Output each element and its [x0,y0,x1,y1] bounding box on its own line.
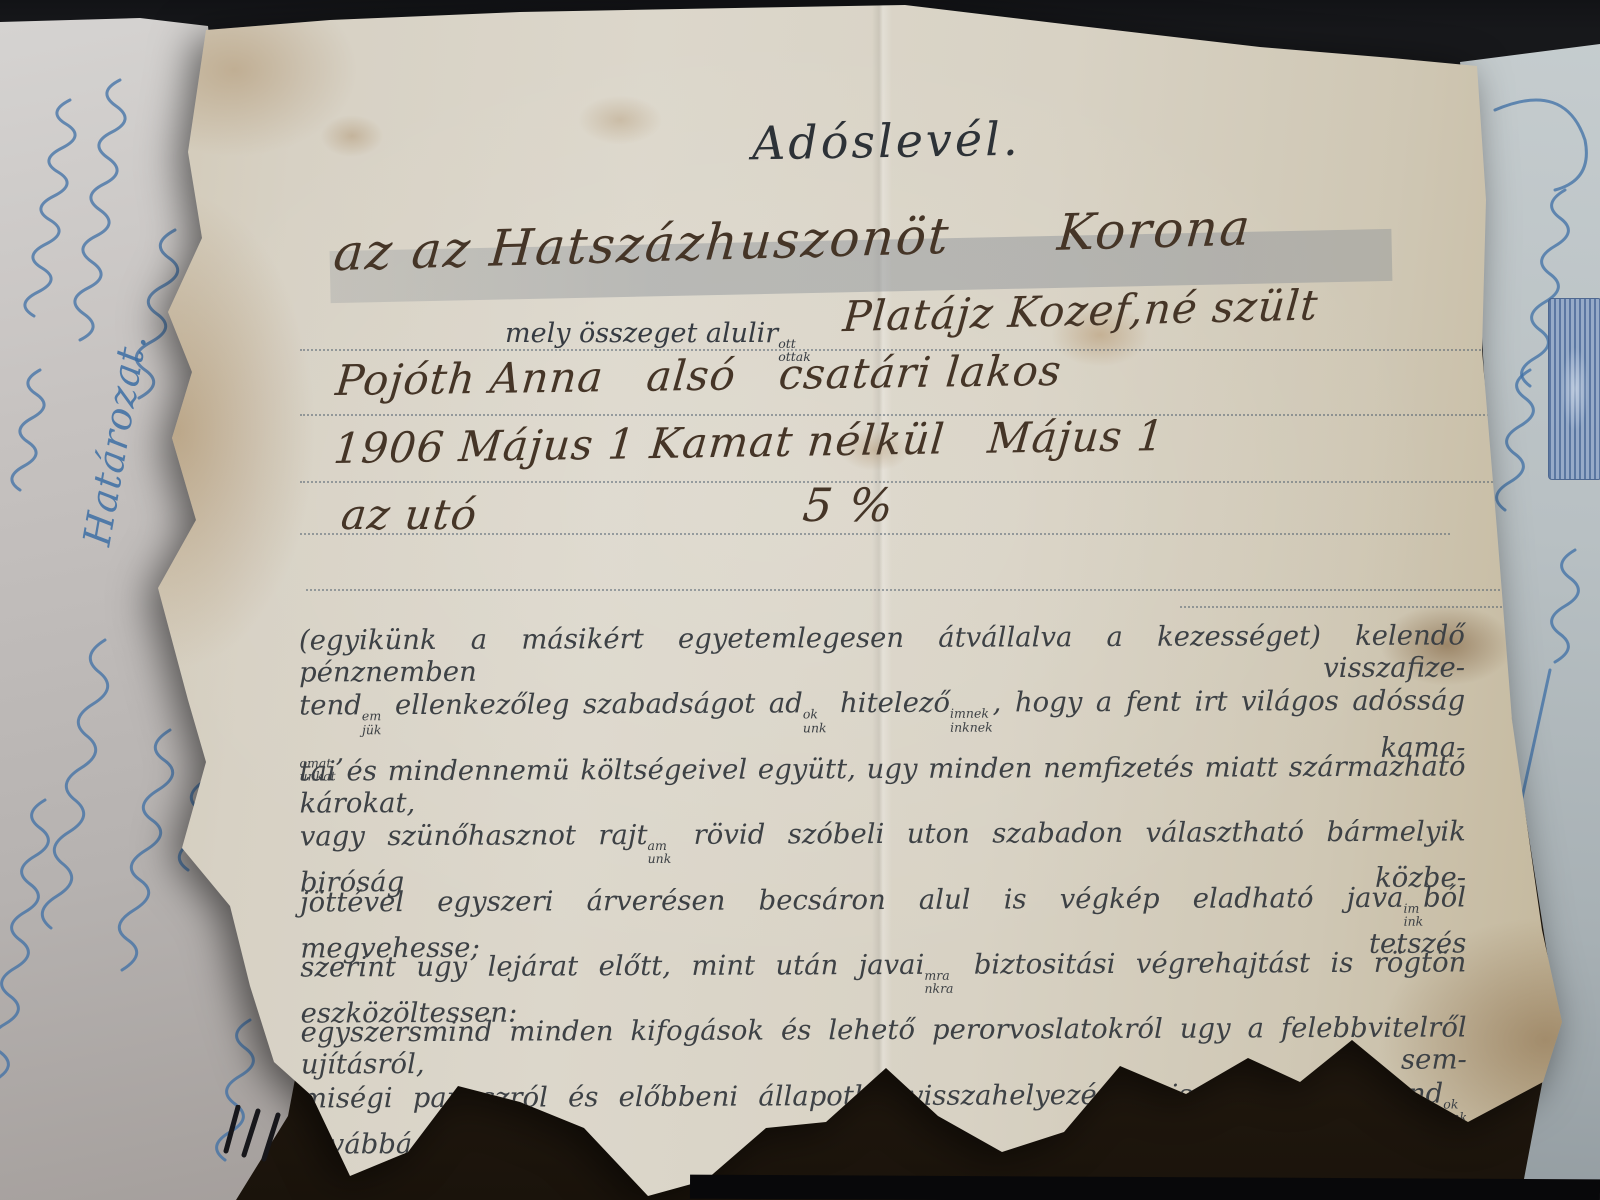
word-ending-options: okunk [1443,1097,1467,1123]
word-ending-options: mrankra [924,969,953,995]
dotted-rule [306,589,1500,591]
dotted-rule [300,414,1500,416]
dotted-rule [300,349,1545,351]
printed-paragraph-line: vagy szünőhasznot rajtamunk rövid szóbel… [300,816,1466,886]
handwritten-interest-prefix: az utó [339,490,480,539]
handwritten-debtor-name: Platájz Kozef,né szült [841,280,1320,341]
pen-slash-marks [222,1105,292,1165]
printed-paragraph-line: (egyikünk a másikért egyetemlegesen átvá… [299,619,1465,689]
printed-paragraph-line: tai és mindennemü költségeivel együtt, u… [299,750,1465,820]
word-ending-options: imnekinknek [950,707,993,733]
printed-paragraph: (egyikünk a másikért egyetemlegesen átvá… [299,619,1467,1147]
word-ending-options: imink [1403,901,1423,927]
dotted-rule [300,481,1545,483]
printed-label-text: mely összeget alulir [505,318,778,349]
handwritten-interest-rate: 5 % [800,478,896,532]
word-ending-options: amunk [648,839,672,865]
printed-paragraph-line: miségi panaszról és előbbeni állapotba v… [301,1077,1467,1147]
dotted-rule [300,533,1450,535]
document-content: Adóslevél. az az Hatszázhuszonöt Korona … [0,0,1600,1200]
dark-table-gap [690,1175,1600,1200]
word-ending-options: emjük [362,710,382,736]
handwritten-name-residence: Pojóth Anna alsó csatári lakos [334,346,1064,405]
handwritten-date-terms: 1906 Május 1 Kamat nélkül Május 1 [332,411,1167,473]
document-title: Adóslevél. [752,112,1021,171]
document-paper: Adóslevél. az az Hatszázhuszonöt Korona … [0,0,1600,1200]
printed-paragraph-line: szerint ugy lejárat előtt, mint után jav… [300,946,1466,1016]
printed-paragraph-line: egyszersmind minden kifogások és lehető … [301,1012,1467,1082]
dotted-rule [1180,606,1510,608]
main-document: Adóslevél. az az Hatszázhuszonöt Korona … [0,0,1600,1200]
word-ending-options: okunk [803,708,827,734]
printed-paragraph-line: tendemjük ellenkezőleg szabadságot adoku… [299,685,1465,755]
photograph-of-document: Határozat. Adóslevél. [0,0,1600,1200]
printed-paragraph-line: jöttével egyszeri árverésen becsáron alu… [300,881,1466,951]
